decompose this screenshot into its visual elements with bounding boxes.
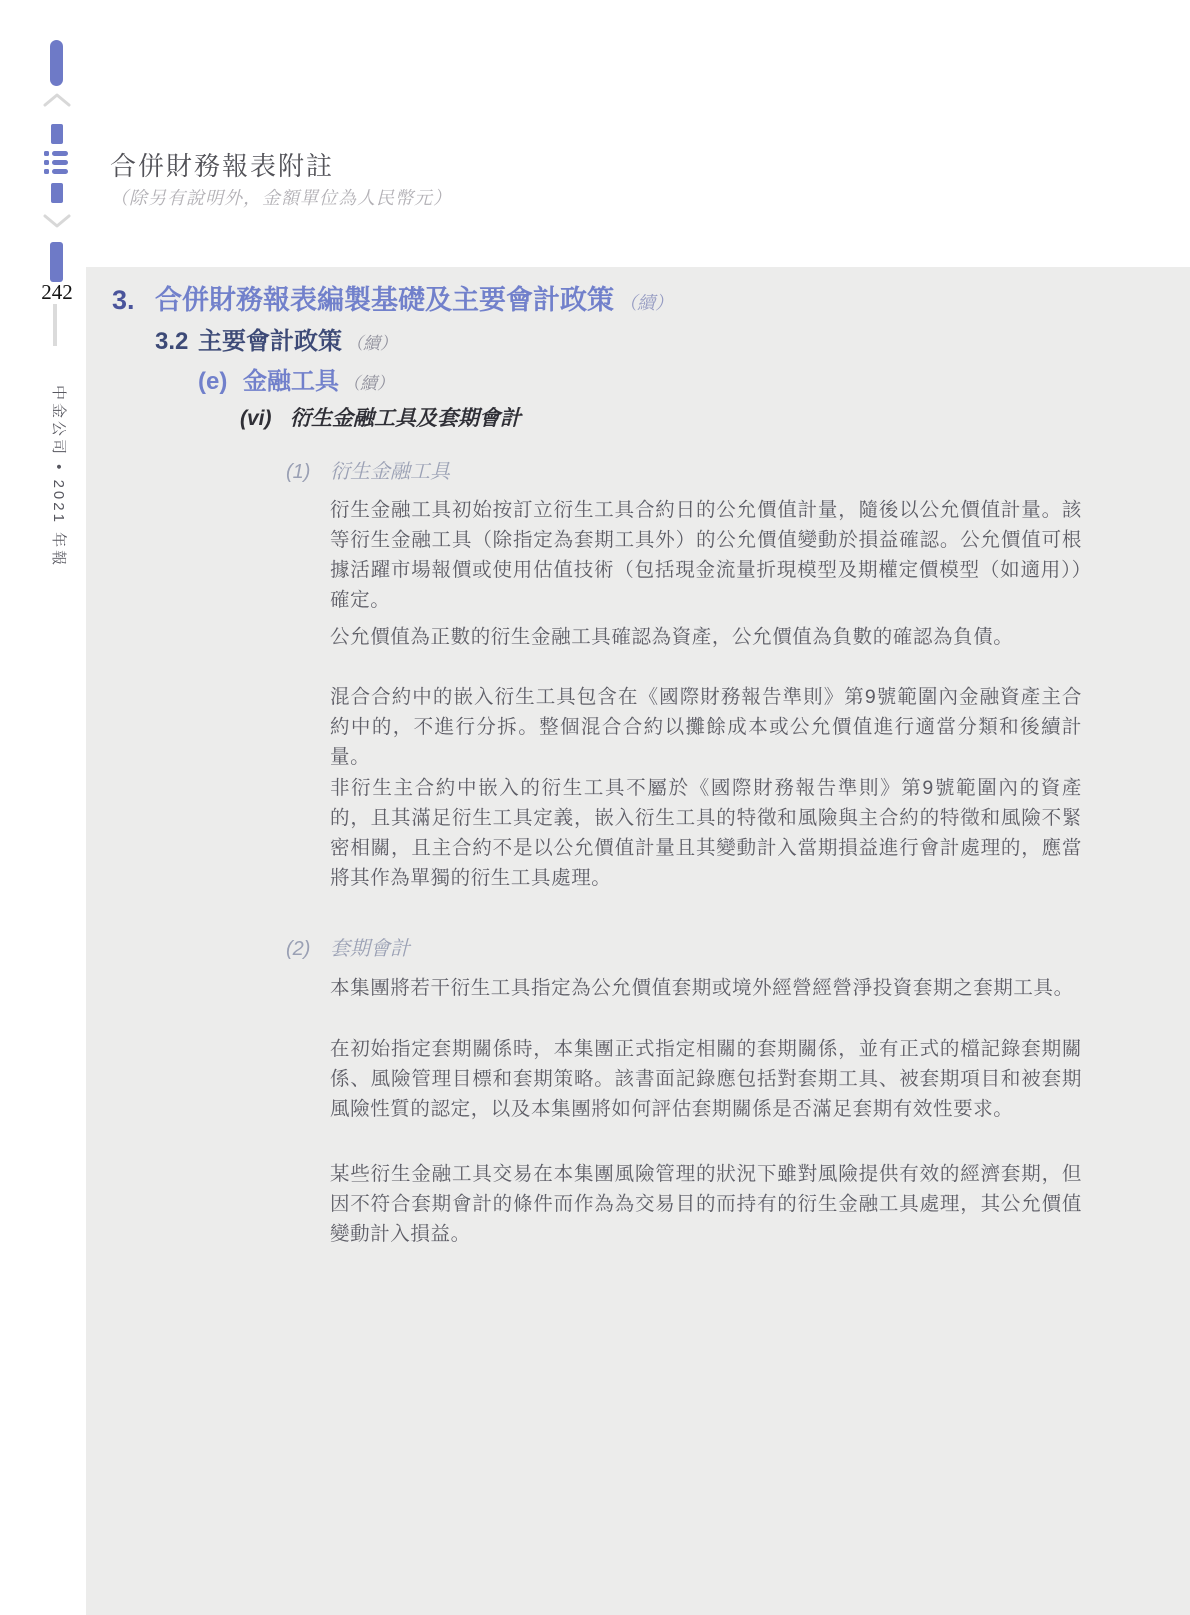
section-number: 3.	[112, 285, 155, 316]
paragraph: 非衍生主合約中嵌入的衍生工具不屬於《國際財務報告準則》第9號範圍內的資產的，且其…	[330, 773, 1082, 893]
item-e-heading: (e) 金融工具（續）	[198, 361, 394, 396]
list-icon-dot	[44, 151, 49, 156]
paragraph: 在初始指定套期關係時，本集團正式指定相關的套期關係，並有正式的檔記錄套期關係、風…	[330, 1034, 1082, 1124]
item-2-title: 套期會計	[330, 932, 410, 961]
subsection-number: 3.2	[155, 328, 198, 356]
paragraph: 衍生金融工具初始按訂立衍生工具合約日的公允價值計量，隨後以公允價值計量。該等衍生…	[330, 495, 1082, 615]
continued-marker: （續）	[343, 374, 394, 393]
list-icon[interactable]	[44, 151, 70, 174]
sidebar-accent-bar-small-top	[51, 124, 63, 144]
report-vertical-title: 中金公司 • 2021 年報	[49, 385, 70, 568]
paragraph: 公允價值為正數的衍生金融工具確認為資產，公允價值為負數的確認為負債。	[330, 622, 1082, 652]
section-title: 合併財務報表編製基礎及主要會計政策（續）	[155, 278, 673, 317]
subsection-title: 主要會計政策（續）	[198, 321, 397, 356]
item-2-number: (2)	[286, 938, 330, 961]
list-icon-line	[52, 151, 68, 156]
subsection-heading: 3.2 主要會計政策（續）	[155, 321, 397, 356]
list-icon-line	[52, 169, 68, 174]
paragraph: 本集團將若干衍生工具指定為公允價值套期或境外經營經營淨投資套期之套期工具。	[330, 973, 1082, 1003]
sidebar-accent-bar-top	[50, 40, 63, 86]
item-2-heading: (2) 套期會計	[286, 932, 410, 961]
paragraph: 混合合約中的嵌入衍生工具包含在《國際財務報告準則》第9號範圍內金融資產主合約中的…	[330, 682, 1082, 772]
continued-marker: （續）	[346, 334, 397, 353]
sidebar-accent-bar-mid	[50, 242, 63, 282]
item-1-number: (1)	[286, 461, 330, 484]
item-vi-heading: (vi) 衍生金融工具及套期會計	[240, 402, 521, 432]
item-e-title: 金融工具（續）	[243, 361, 394, 396]
list-icon-dot	[44, 160, 49, 165]
list-icon-dot	[44, 169, 49, 174]
item-1-heading: (1) 衍生金融工具	[286, 455, 450, 484]
item-1-title: 衍生金融工具	[330, 455, 450, 484]
chevron-down-icon[interactable]	[43, 214, 71, 229]
item-vi-number: (vi)	[240, 407, 290, 431]
page-subtitle: （除另有說明外，金額單位為人民幣元）	[110, 184, 452, 210]
page-title: 合併財務報表附註	[110, 146, 334, 183]
sidebar-divider-line	[53, 304, 57, 346]
content-panel: 3. 合併財務報表編製基礎及主要會計政策（續） 3.2 主要會計政策（續） (e…	[86, 267, 1190, 1615]
list-icon-line	[52, 160, 68, 165]
chevron-up-icon[interactable]	[43, 92, 71, 107]
item-vi-title: 衍生金融工具及套期會計	[290, 402, 521, 432]
continued-marker: （續）	[619, 293, 673, 313]
item-e-number: (e)	[198, 368, 243, 396]
section-heading: 3. 合併財務報表編製基礎及主要會計政策（續）	[112, 278, 673, 317]
paragraph: 某些衍生金融工具交易在本集團風險管理的狀況下雖對風險提供有效的經濟套期，但因不符…	[330, 1159, 1082, 1249]
page-number: 242	[34, 280, 80, 305]
sidebar-accent-bar-small-bottom	[51, 183, 63, 203]
